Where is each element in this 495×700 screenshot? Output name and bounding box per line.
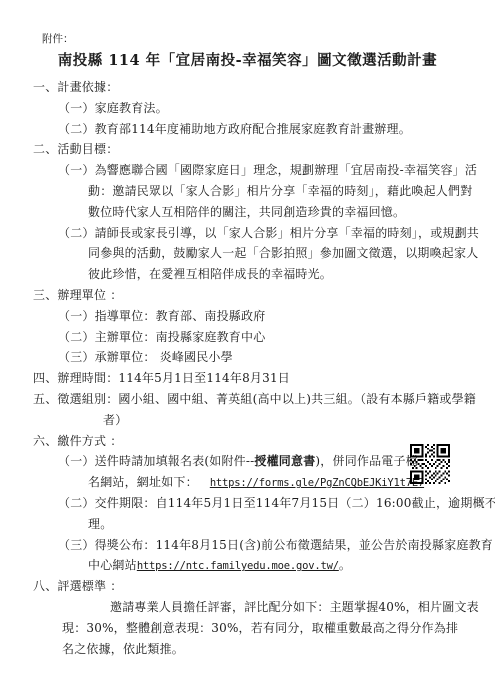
submission-item-3-line-1: （三）得獎公布：114年8月15日(含)前公布徵選結果，並公告於南投縣家庭教育	[0, 535, 495, 556]
goals-item-2-line-1: （二）請師長或家長引導，以「家人合影」相片分享「幸福的時刻」，或規劃共	[0, 223, 495, 244]
goals-item-2-line-2: 同參與的活動，鼓勵家人一起「合影拍照」參加圖文徵選，以期喚起家人	[0, 243, 495, 264]
organizers-item-3: （三）承辦單位： 炎峰國民小學	[0, 347, 495, 368]
plan-basis-item-2: （二）教育部114年度補助地方政府配合推展家庭教育計畫辦理。	[0, 119, 495, 140]
plan-basis-item-1: （一）家庭教育法。	[0, 98, 495, 119]
authorization-form-bold: 授權同意書	[254, 454, 315, 468]
groups-line-1: 五、徵選組別：國小組、國中組、菁英組(高中以上)共三組。（設有本縣戶籍或學籍	[0, 389, 495, 410]
page-title: 南投縣 114 年「宜居南投-幸福笑容」圖文徵選活動計畫	[0, 51, 495, 71]
organizers-heading: 三、辦理單位 ：	[0, 285, 495, 306]
schedule-line: 四、辦理時間：114年5月1日至114年8月31日	[0, 368, 495, 389]
document-body: 一、計畫依據： （一）家庭教育法。 （二）教育部114年度補助地方政府配合推展家…	[0, 77, 495, 659]
attachment-label: 附件：	[0, 0, 495, 47]
qr-code-icon	[407, 444, 453, 484]
goals-item-2-line-3: 彼此珍惜，在愛裡互相陪伴成長的幸福時光。	[0, 264, 495, 285]
submission-item-2-line-1: （二）交件期限：自114年5月1日至114年7月15日（二）16:00截止，逾期…	[0, 493, 495, 514]
goals-item-1-line-1: （一）為響應聯合國「國際家庭日」理念，規劃辦理「宜居南投-幸福笑容」活	[0, 160, 495, 181]
submission-item-1-pre: （一）送件時請加填報名表(如附件--	[58, 454, 254, 468]
organizers-item-2: （二）主辦單位：南投縣家庭教育中心	[0, 327, 495, 348]
groups-line-2: 者）	[0, 410, 495, 431]
goals-heading: 二、活動目標：	[0, 139, 495, 160]
criteria-para-line-3: 名之依據，依此類推。	[0, 639, 495, 660]
criteria-heading: 八、評選標準 ：	[0, 576, 495, 597]
submission-item-1-post: )，併同作品電子檔	[315, 454, 417, 468]
form-url-link[interactable]: https://forms.gle/PgZnCQbEJKiY1t7E7	[210, 477, 424, 489]
criteria-para-line-1: 邀請專業人員擔任評審，評比配分如下：主題掌握40%，相片圖文表	[0, 597, 495, 618]
goals-item-1-line-3: 數位時代家人互相陪伴的關注，共同創造珍貴的幸福回憶。	[0, 202, 495, 223]
organizers-item-1: （一）指導單位：教育部、南投縣政府	[0, 306, 495, 327]
plan-basis-heading: 一、計畫依據：	[0, 77, 495, 98]
criteria-para-line-2: 現：30%，整體創意表現：30%，若有同分，取權重數最高之得分作為排	[0, 618, 495, 639]
center-url-period: 。	[339, 558, 351, 572]
submission-url-label: 名網站，網址如下：	[88, 475, 198, 489]
center-url-link[interactable]: https://ntc.familyedu.moe.gov.tw/	[137, 560, 339, 572]
document-page: 附件： 南投縣 114 年「宜居南投-幸福笑容」圖文徵選活動計畫 一、計畫依據：…	[0, 0, 495, 700]
goals-item-1-line-2: 動：邀請民眾以「家人合影」相片分享「幸福的時刻」，藉此喚起人們對	[0, 181, 495, 202]
submission-item-2-line-2: 理。	[0, 514, 495, 535]
center-url-label: 中心網站	[88, 558, 137, 572]
submission-item-3-line-2: 中心網站https://ntc.familyedu.moe.gov.tw/。	[0, 555, 495, 576]
